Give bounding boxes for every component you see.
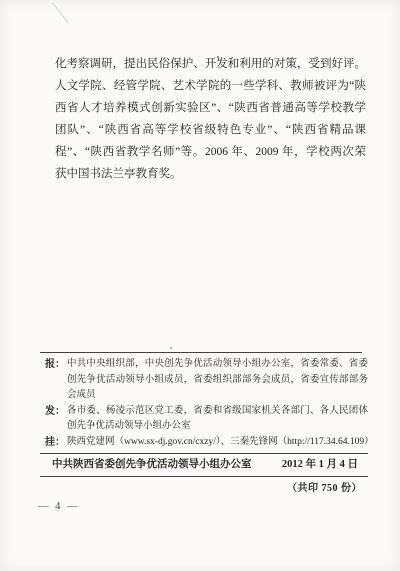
body-line: 化考察调研，提出民俗保护、开发和利用的对策，受到好评。 (55, 53, 366, 75)
entry-text: 陕西党建网（www.sx-dj.gov.cn/cxzy/）、三秦先锋网（http… (67, 435, 368, 451)
report-to-entry: 报： 中共中央组织部，中央创先争优活动领导小组办公室，省委常委、省委创先争优活动… (40, 357, 368, 404)
send-to-entry: 发： 各市委、杨凌示范区党工委，省委和省级国家机关各部门、各人民团体创先争优活动… (40, 404, 368, 435)
issuer-name: 中共陕西省委创先争优活动领导小组办公室 (52, 457, 252, 473)
issuer-row: 中共陕西省委创先争优活动领导小组办公室 2012 年 1 月 4 日 (40, 454, 368, 476)
posted-on-entry: 挂： 陕西党建网（www.sx-dj.gov.cn/cxzy/）、三秦先锋网（h… (40, 435, 368, 451)
body-line: 人文学院、经管学院、艺术学院的一些学科、教师被评为“陕 (55, 75, 366, 97)
page-number: — 4 — (38, 501, 80, 512)
footer-block: 报： 中共中央组织部，中央创先争优活动领导小组办公室，省委常委、省委创先争优活动… (40, 352, 368, 497)
print-count: （共印 750 份） (40, 477, 368, 497)
scan-scratch-mark (52, 2, 69, 23)
entry-label: 报： (40, 357, 67, 373)
issue-date: 2012 年 1 月 4 日 (282, 457, 358, 473)
body-line: 西省人才培养模式创新实验区”、“陕西省普通高等学校教学 (55, 97, 366, 119)
entry-text: 各市委、杨凌示范区党工委，省委和省级国家机关各部门、各人民团体创先争优活动领导小… (67, 404, 368, 435)
entry-text: 中共中央组织部，中央创先争优活动领导小组办公室，省委常委、省委创先争优活动领导小… (67, 357, 368, 404)
document-page: 化考察调研，提出民俗保护、开发和利用的对策，受到好评。 人文学院、经管学院、艺术… (0, 0, 400, 571)
body-line: 程”、“陕西省教学名师”等。2006 年、2009 年，学校两次荣 (55, 141, 366, 163)
entry-label: 发： (40, 404, 67, 420)
distribution-entries: 报： 中共中央组织部，中央创先争优活动领导小组办公室，省委常委、省委创先争优活动… (40, 353, 368, 453)
body-paragraph: 化考察调研，提出民俗保护、开发和利用的对策，受到好评。 人文学院、经管学院、艺术… (55, 53, 366, 185)
body-line: 团队”、“陕西省高等学校省级特色专业”、“陕西省精品课 (55, 119, 366, 141)
scan-speck (170, 347, 172, 349)
body-line: 获中国书法兰亭教育奖。 (55, 163, 366, 185)
entry-label: 挂： (40, 435, 67, 451)
